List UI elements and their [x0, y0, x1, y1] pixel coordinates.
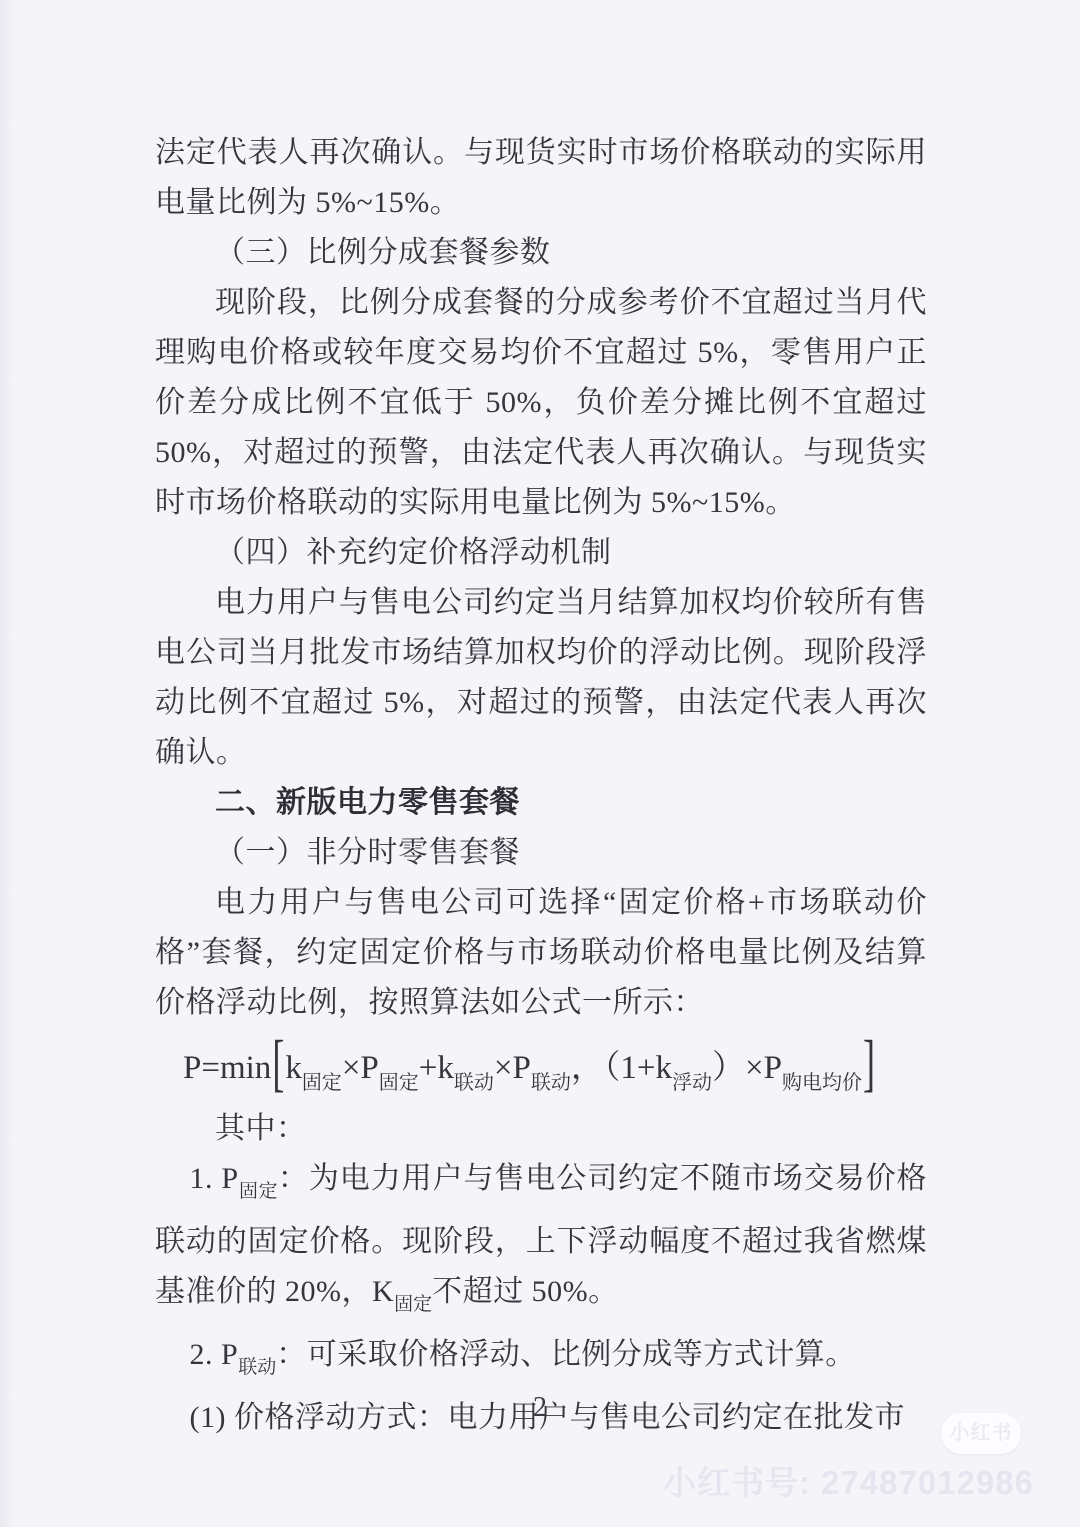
formula-right-bracket: ] [863, 997, 875, 1130]
formula-subscript: 联动 [531, 1072, 571, 1094]
chapter-heading: 二、新版电力零售套餐 [155, 778, 927, 828]
formula-left-bracket: [ [272, 997, 284, 1130]
para-package-select: 电力用户与售电公司可选择“固定价格+市场联动价格”套餐，约定固定价格与市场联动价… [155, 878, 927, 1028]
para-among: 其中： [155, 1104, 927, 1154]
xiaohongshu-id-watermark: 小红书号: 27487012986 [663, 1461, 1034, 1505]
subscript: 固定 [394, 1294, 432, 1315]
para-ratio-package: 现阶段，比例分成套餐的分成参考价不宜超过当月代理购电价格或较年度交易均价不宜超过… [155, 278, 927, 528]
formula-subscript: 固定 [379, 1072, 419, 1094]
formula-term: +k [419, 1050, 454, 1086]
text-run: 1. P [190, 1162, 239, 1195]
para-p-fixed: 1. P固定：为电力用户与售电公司约定不随市场交易价格联动的固定价格。现阶段，上… [155, 1154, 927, 1330]
formula-one: P=min[k固定×P固定+k联动×P联动，（1+k浮动）×P购电均价] [155, 1028, 927, 1104]
formula-subscript: 联动 [454, 1072, 494, 1094]
page-number: 2 [0, 1388, 1080, 1428]
formula-term: ）×P [712, 1050, 782, 1086]
formula-subscript: 固定 [302, 1072, 342, 1094]
section-heading-4: （四）补充约定价格浮动机制 [155, 528, 927, 578]
para-continuation: 法定代表人再次确认。与现货实时市场价格联动的实际用电量比例为 5%~15%。 [155, 128, 927, 228]
subscript: 联动 [238, 1357, 276, 1378]
formula-subscript: 购电均价 [782, 1072, 862, 1094]
formula-term: ，（1+k [571, 1050, 672, 1086]
text-run: ：可采取价格浮动、比例分成等方式计算。 [276, 1338, 856, 1371]
formula-term: ×P [494, 1050, 531, 1086]
text-run: 不超过 50%。 [432, 1275, 619, 1308]
text-run: 2. P [190, 1338, 239, 1371]
scan-edge-shading [0, 0, 14, 1527]
formula-subscript: 浮动 [672, 1072, 712, 1094]
formula-term: ×P [342, 1050, 379, 1086]
document-page: 法定代表人再次确认。与现货实时市场价格联动的实际用电量比例为 5%~15%。 （… [155, 128, 927, 1443]
xiaohongshu-badge: 小红书 [941, 1413, 1021, 1454]
section-heading-3: （三）比例分成套餐参数 [155, 228, 927, 278]
section-heading-1: （一）非分时零售套餐 [155, 828, 927, 878]
formula-term: P=min [183, 1050, 271, 1086]
para-p-linked: 2. P联动：可采取价格浮动、比例分成等方式计算。 [155, 1330, 927, 1393]
para-supplement: 电力用户与售电公司约定当月结算加权均价较所有售电公司当月批发市场结算加权均价的浮… [155, 578, 927, 778]
formula-term: k [285, 1050, 302, 1086]
subscript: 固定 [239, 1181, 278, 1202]
